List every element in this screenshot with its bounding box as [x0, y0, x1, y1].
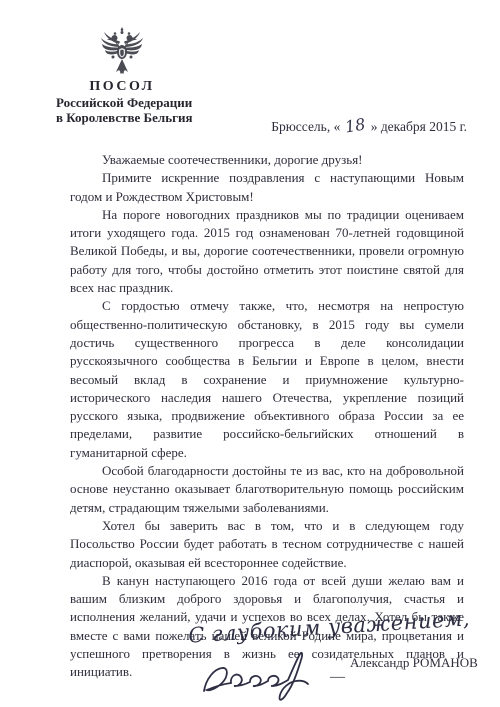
paragraph-year-results: На пороге новогодних праздников мы по тр… — [70, 206, 464, 297]
paragraph-achievements: С гордостью отмечу также, что, несмотря … — [70, 297, 464, 462]
letterhead-title-line2: Российской Федерации — [56, 95, 188, 110]
letterhead: ПОСОЛ Российской Федерации в Королевстве… — [56, 26, 188, 125]
paragraph-charity: Особой благодарности достойны те из вас,… — [70, 462, 464, 517]
signature-autograph-icon — [198, 651, 350, 706]
paragraph-assurance: Хотел бы заверить вас в том, что и в сле… — [70, 517, 464, 572]
dateline: Брюссель, «18» декабря 2015 г. — [271, 116, 467, 135]
paragraph-salutation: Уважаемые соотечественники, дорогие друз… — [70, 151, 464, 169]
paragraph-greeting: Примите искренние поздравления с наступа… — [70, 169, 464, 206]
letterhead-title-line3: в Королевстве Бельгия — [56, 110, 188, 125]
letterhead-title-line1: ПОСОЛ — [56, 79, 188, 95]
russian-coat-of-arms-icon — [100, 26, 144, 76]
handwritten-day: 18 — [344, 115, 367, 137]
signer-name: Александр РОМАНОВ — [350, 655, 478, 671]
letter-body: Уважаемые соотечественники, дорогие друз… — [70, 151, 464, 682]
dateline-suffix: » декабря 2015 г. — [371, 119, 467, 134]
signature-dash: — — [330, 669, 345, 686]
dateline-prefix: Брюссель, « — [271, 119, 340, 134]
letter-page: ПОСОЛ Российской Федерации в Королевстве… — [0, 0, 500, 707]
